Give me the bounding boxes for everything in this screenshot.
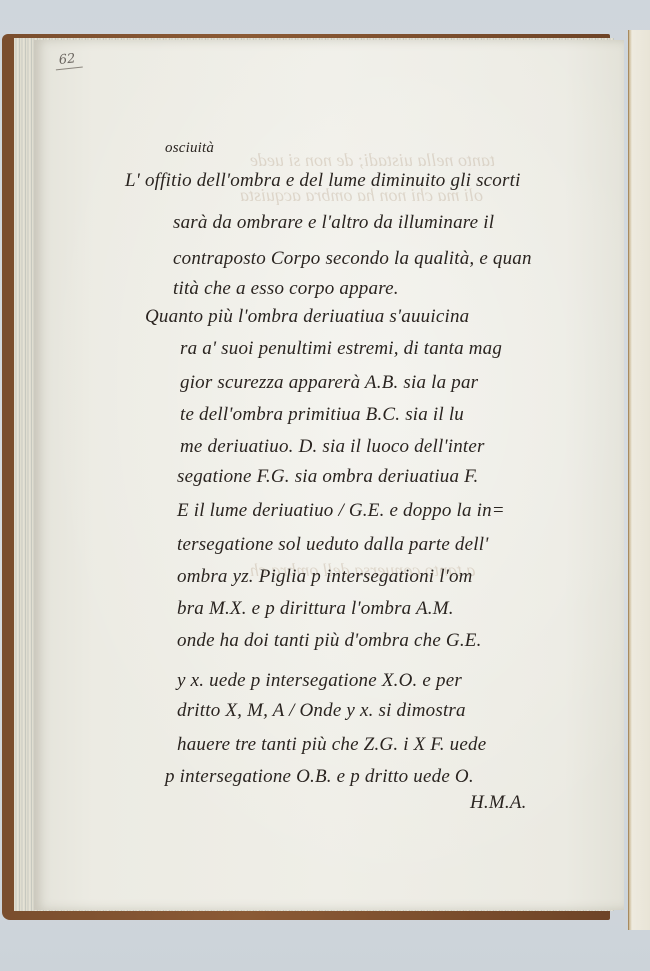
- text-line: me deriuatiuo. D. sia il luoco dell'inte…: [180, 436, 485, 458]
- text-line: E il lume deriuatiuo / G.E. e doppo la i…: [177, 500, 505, 522]
- show-through-text: tanto nella uistadi; de non si uede: [250, 150, 495, 171]
- text-line: Quanto più l'ombra deriuatiua s'auuicina: [145, 306, 469, 328]
- text-line: sarà da ombrare e l'altro da illuminare …: [173, 212, 494, 234]
- text-line: p intersegatione O.B. e p dritto uede O.: [165, 766, 474, 788]
- text-line: contraposto Corpo secondo la qualità, e …: [173, 248, 532, 270]
- text-line: tità che a esso corpo appare.: [173, 278, 399, 300]
- text-line: gior scurezza apparerà A.B. sia la par: [180, 372, 478, 394]
- facing-page-edge: [628, 30, 650, 930]
- text-line: te dell'ombra primitiua B.C. sia il lu: [180, 404, 464, 426]
- text-line: hauere tre tanti più che Z.G. i X F. ued…: [177, 734, 486, 756]
- folio-number: 62: [54, 51, 82, 71]
- text-line: H.M.A.: [470, 792, 527, 814]
- text-line: bra M.X. e p dirittura l'ombra A.M.: [177, 598, 454, 620]
- text-line: segatione F.G. sia ombra deriuatiua F.: [177, 466, 478, 488]
- text-line: tersegatione sol ueduto dalla parte dell…: [177, 534, 488, 556]
- text-line: ra a' suoi penultimi estremi, di tanta m…: [180, 338, 502, 360]
- text-line: osciuità: [165, 140, 214, 157]
- text-line: dritto X, M, A / Onde y x. si dimostra: [177, 700, 466, 722]
- text-line: y x. uede p intersegatione X.O. e per: [177, 670, 462, 692]
- text-line: L' offitio dell'ombra e del lume diminui…: [125, 170, 521, 192]
- text-line: onde ha doi tanti più d'ombra che G.E.: [177, 630, 482, 652]
- text-line: ombra yz. Piglia p intersegationi l'om: [177, 566, 473, 588]
